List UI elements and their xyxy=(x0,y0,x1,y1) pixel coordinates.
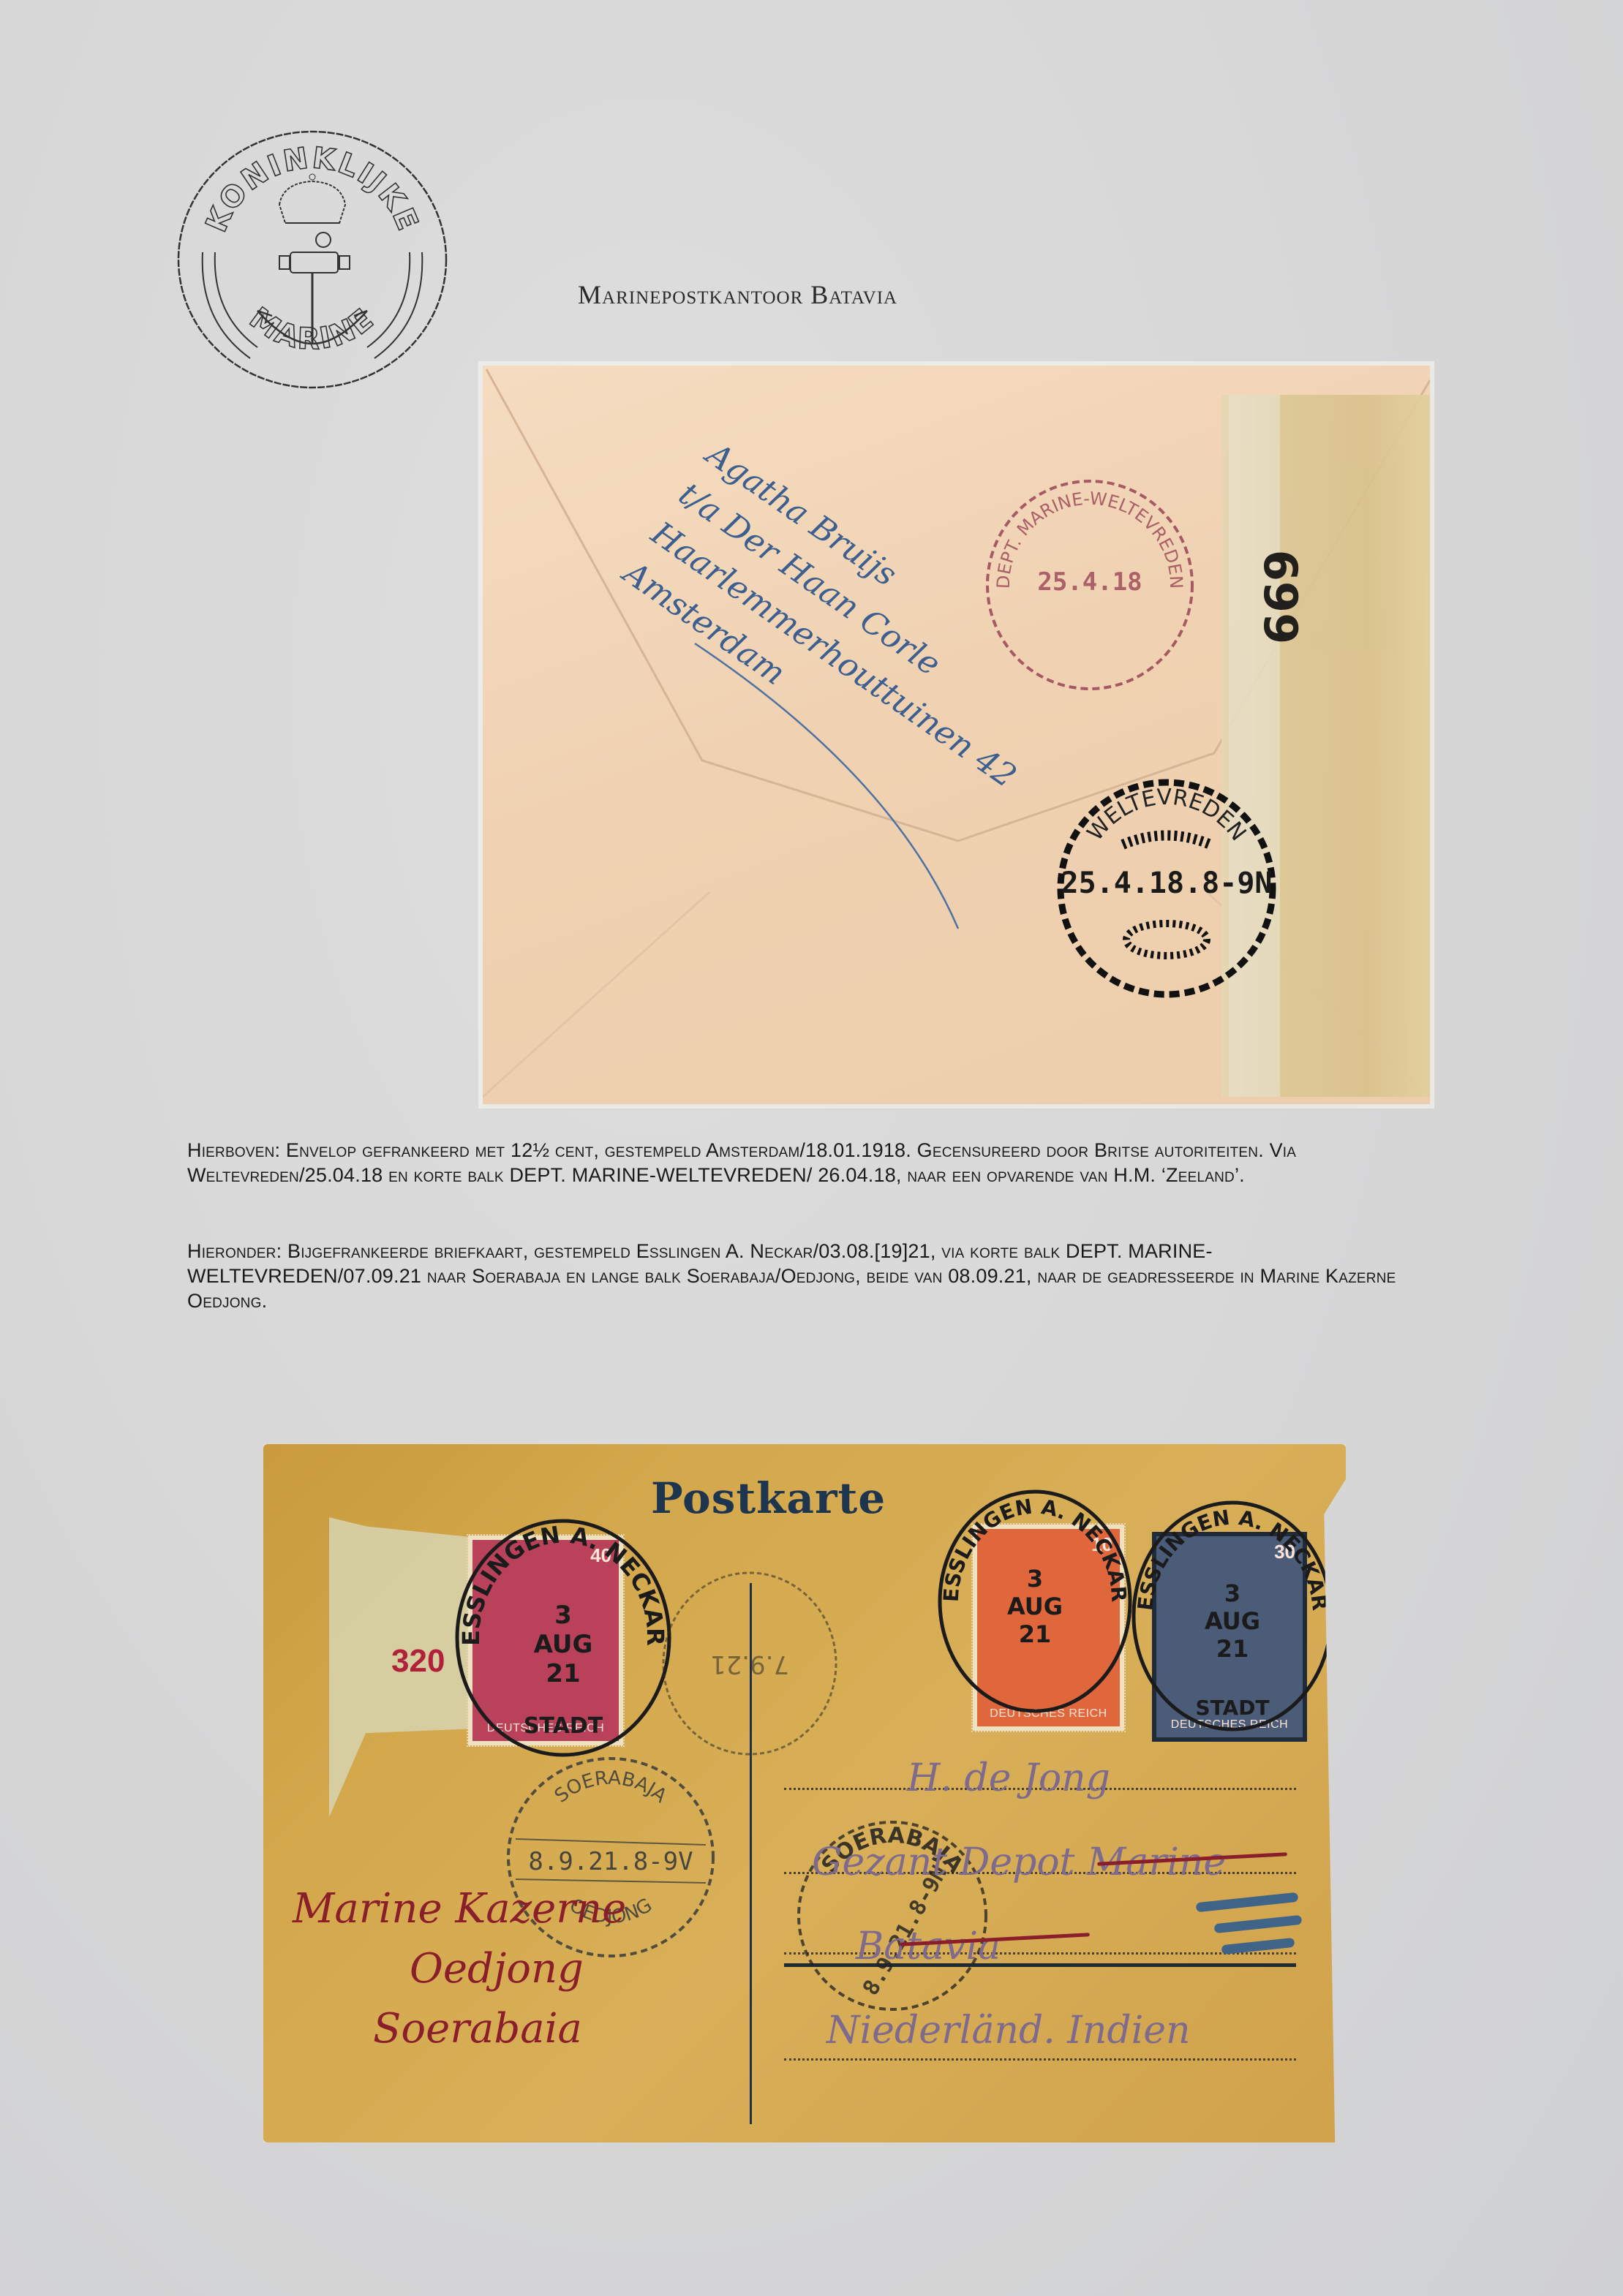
redirect-address-handwriting: Marine Kazerne Oedjong Soerabaia xyxy=(293,1879,626,2059)
koninklijke-marine-emblem: KONINKLIJKE MARINE xyxy=(170,124,455,395)
postcard-divider xyxy=(750,1583,752,2124)
stamp-40-pfennig: 40 DEUTSCHES REICH xyxy=(468,1536,623,1745)
svg-text:8.9.21.8-9V: 8.9.21.8-9V xyxy=(528,1847,693,1876)
imprinted-stamp-30-pfennig: 30 DEUTSCHES REICH xyxy=(1152,1532,1307,1742)
anchor-crown-icon: KONINKLIJKE MARINE xyxy=(170,124,455,395)
envelope-back: 699 Agatha Bruijs t/a Der Haan Corle Haa… xyxy=(483,366,1430,1104)
dept-marine-weltevreden-cancel: DEPT. MARINE-WELTEVREDEN 25.4.18 xyxy=(980,475,1200,695)
svg-text:WELTEVREDEN: WELTEVREDEN xyxy=(1082,785,1251,846)
svg-text:SOERABAJA: SOERABAJA xyxy=(551,1767,671,1808)
postcard: 320 Postkarte 40 DEUTSCHES REICH 10 DEUT… xyxy=(263,1444,1346,2142)
censor-number: 699 xyxy=(1254,550,1307,644)
caption-postcard: Hieronder: Bijgefrankeerde briefkaart, g… xyxy=(187,1239,1445,1313)
postcard-title: Postkarte xyxy=(651,1473,886,1523)
original-address-handwriting: H. de Jong Gezant Depot Marine Batavia N… xyxy=(812,1737,1226,2073)
page-title: Marinepostkantoor Batavia xyxy=(578,279,897,310)
stamp-10-pfennig: 10 DEUTSCHES REICH xyxy=(973,1525,1124,1731)
blue-crayon-mark xyxy=(1214,1915,1303,1933)
caption-envelope: Hierboven: Envelop gefrankeerd met 12½ c… xyxy=(187,1138,1445,1187)
registration-number: 320 xyxy=(391,1643,445,1680)
weltevreden-cancel: WELTEVREDEN 25.4.18.8-9N xyxy=(1053,775,1280,1002)
